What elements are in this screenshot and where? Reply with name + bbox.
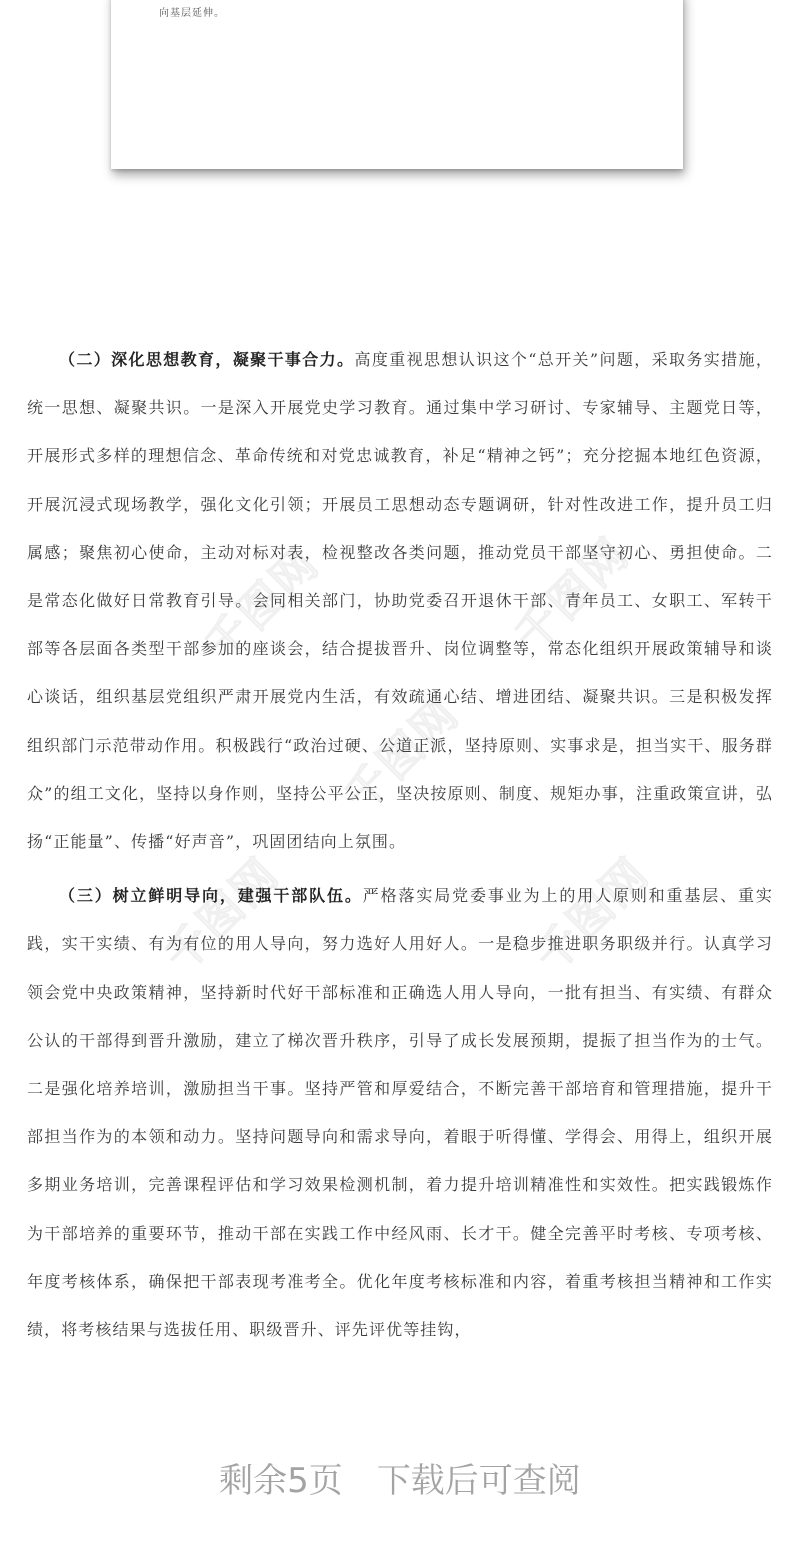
paragraph-heading: （二）深化思想教育，凝聚干事合力。 <box>59 350 354 369</box>
paragraph-ideological-education: （二）深化思想教育，凝聚干事合力。高度重视思想认识这个“总开关”问题，采取务实措… <box>27 336 773 866</box>
document-body: （二）深化思想教育，凝聚干事合力。高度重视思想认识这个“总开关”问题，采取务实措… <box>27 336 773 1354</box>
paragraph-cadre-team: （三）树立鲜明导向，建强干部队伍。严格落实局党委事业为上的用人原则和重基层、重实… <box>27 872 773 1354</box>
paragraph-body: 严格落实局党委事业为上的用人原则和重基层、重实践，实干实绩、有为有位的用人导向，… <box>27 886 773 1339</box>
download-to-view-label[interactable]: 下载后可查阅 <box>377 1461 581 1501</box>
paragraph-heading: （三）树立鲜明导向，建强干部队伍。 <box>59 886 363 905</box>
previous-page-tail-text: 向基层延伸。 <box>159 4 225 19</box>
previous-page-card: 向基层延伸。 <box>111 0 683 169</box>
download-prompt[interactable]: 剩余5页下载后可查阅 <box>0 1453 800 1502</box>
remaining-pages-label[interactable]: 剩余5页 <box>219 1461 343 1501</box>
paragraph-body: 高度重视思想认识这个“总开关”问题，采取务实措施，统一思想、凝聚共识。一是深入开… <box>27 350 773 851</box>
